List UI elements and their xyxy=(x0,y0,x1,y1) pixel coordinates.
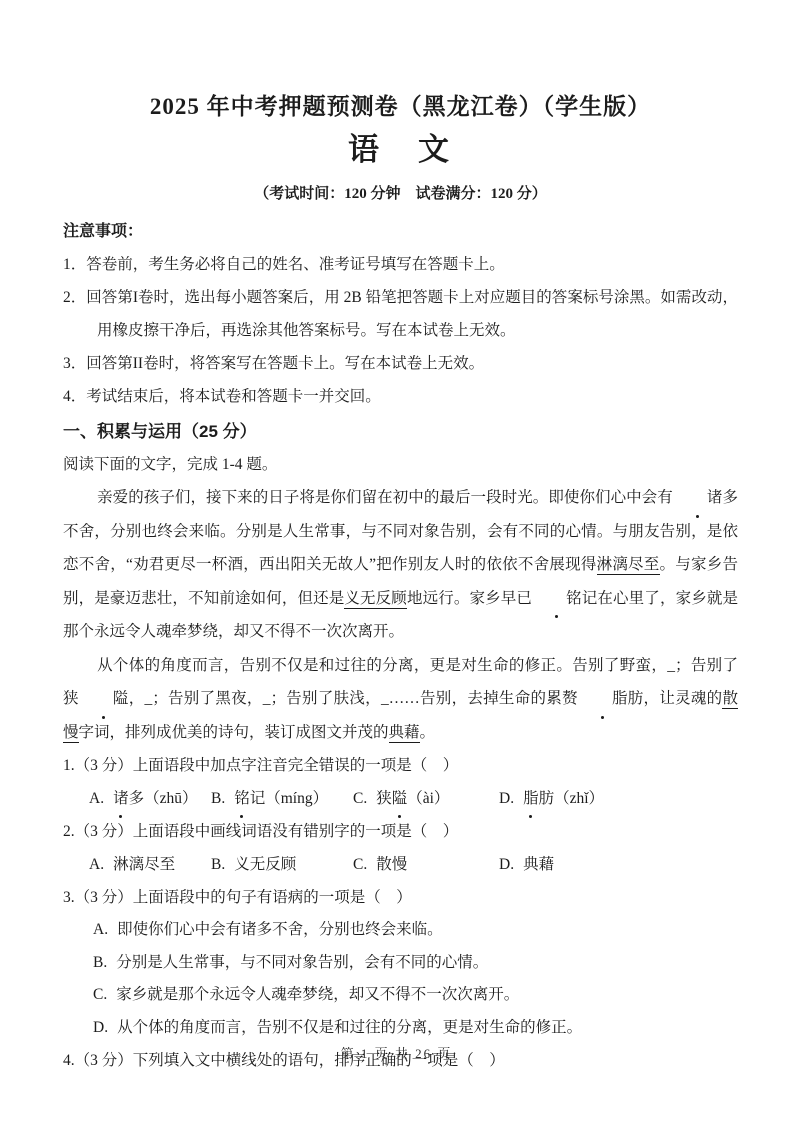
text-segment: 多（zhū） xyxy=(129,790,198,807)
question-1-option-b: B.铭记（míng） xyxy=(211,782,353,815)
emphasized-char: 铭 xyxy=(234,782,250,815)
notice-heading: 注意事项： xyxy=(63,215,738,248)
underlined-word: 淋漓尽至 xyxy=(597,556,660,575)
text-segment: 散慢 xyxy=(376,856,407,873)
question-2-option-b: B.义无反顾 xyxy=(211,848,353,881)
text-segment: 狭 xyxy=(376,790,392,807)
question-1-options: A.诸多（zhū） B.铭记（míng） C.狭隘（ài） D.脂肪（zhǐ） xyxy=(89,782,738,815)
option-text: 狭隘（ài） xyxy=(376,790,449,807)
underlined-word: 典藉 xyxy=(389,724,420,743)
text-segment: 。 xyxy=(420,724,436,741)
text-segment: 肪（zhǐ） xyxy=(539,790,604,807)
text-segment: 分别是人生常事，与不同对象告别，会有不同的心情。 xyxy=(116,954,488,971)
notice-item-3: 3．回答第II卷时，将答案写在答题卡上。写在本试卷上无效。 xyxy=(63,347,738,380)
text-segment: （ài） xyxy=(407,790,449,807)
option-text: 铭记（míng） xyxy=(234,790,328,807)
text-segment: 从个体的角度而言，告别不仅是和过往的分离，更是对生命的修正。 xyxy=(117,1019,582,1036)
exam-info: （考试时间：120 分钟 试卷满分：120 分） xyxy=(63,183,738,205)
emphasized-char: 诸 xyxy=(673,481,723,515)
option-label: C. xyxy=(353,790,367,807)
option-text: 义无反顾 xyxy=(234,856,296,873)
question-1-option-d: D.脂肪（zhǐ） xyxy=(499,782,738,815)
question-3-stem: 3.（3 分）上面语段中的句子有语病的一项是（ ） xyxy=(63,881,738,914)
question-1-option-c: C.狭隘（ài） xyxy=(353,782,499,815)
option-label: A. xyxy=(93,921,108,938)
option-label: C. xyxy=(93,986,107,1003)
notice-item-4: 4．考试结束后，将本试卷和答题卡一并交回。 xyxy=(63,380,738,413)
option-label: B. xyxy=(211,790,225,807)
option-text: 诸多（zhū） xyxy=(113,790,197,807)
option-label: D. xyxy=(499,790,514,807)
text-segment: 义无反顾 xyxy=(234,856,296,873)
page-footer: 第 1 页 共 26 页 xyxy=(0,1043,793,1062)
notice-item-2: 2．回答第I卷时，选出每小题答案后，用 2B 铅笔把答题卡上对应题目的答案标号涂… xyxy=(63,281,738,347)
option-label: B. xyxy=(93,954,107,971)
emphasized-char: 隘 xyxy=(79,682,129,716)
option-text: 家乡就是那个永远令人魂牵梦绕，却又不得不一次次离开。 xyxy=(116,986,519,1003)
passage-paragraph-1: 亲爱的孩子们，接下来的日子将是你们留在初中的最后一段时光。即使你们心中会有诸多不… xyxy=(63,481,738,649)
option-text: 从个体的角度而言，告别不仅是和过往的分离，更是对生命的修正。 xyxy=(117,1019,582,1036)
question-2-options: A.淋漓尽至 B.义无反顾 C.散慢 D.典藉 xyxy=(89,848,738,881)
question-3: 3.（3 分）上面语段中的句子有语病的一项是（ ） A.即使你们心中会有诸多不舍… xyxy=(63,881,738,1044)
emphasized-char: 脂 xyxy=(523,782,539,815)
question-1-stem: 1.（3 分）上面语段中加点字注音完全错误的一项是（ ） xyxy=(63,749,738,782)
text-segment: 地远行。家乡早已 xyxy=(407,590,532,607)
option-text: 散慢 xyxy=(376,856,407,873)
exam-paper-page: 2025 年中考押题预测卷（黑龙江卷）（学生版） 语 文 （考试时间：120 分… xyxy=(0,0,793,1122)
notice-item-1: 1．答卷前，考生务必将自己的姓名、准考证号填写在答题卡上。 xyxy=(63,248,738,281)
question-2: 2.（3 分）上面语段中画线词语没有错别字的一项是（ ） A.淋漓尽至 B.义无… xyxy=(63,815,738,881)
option-label: C. xyxy=(353,856,367,873)
subject-title: 语 文 xyxy=(63,127,738,173)
question-1-option-a: A.诸多（zhū） xyxy=(89,782,211,815)
option-label: D. xyxy=(93,1019,108,1036)
text-segment: 典藉 xyxy=(523,856,554,873)
option-label: A. xyxy=(89,856,104,873)
underlined-word: 义无反顾 xyxy=(344,590,407,609)
question-2-option-c: C.散慢 xyxy=(353,848,499,881)
text-segment: 肪，让灵魂的 xyxy=(627,690,722,707)
option-text: 即使你们心中会有诸多不舍，分别也终会来临。 xyxy=(117,921,443,938)
emphasized-char: 铭 xyxy=(532,582,582,616)
text-segment: 亲爱的孩子们，接下来的日子将是你们留在初中的最后一段时光。即使你们心中会有 xyxy=(97,489,673,506)
question-3-option-b: B.分别是人生常事，与不同对象告别，会有不同的心情。 xyxy=(93,947,738,980)
page-number-label: 第 1 页 共 26 页 xyxy=(341,1046,453,1061)
option-text: 典藉 xyxy=(523,856,554,873)
option-text: 脂肪（zhǐ） xyxy=(523,790,604,807)
question-3-option-a: A.即使你们心中会有诸多不舍，分别也终会来临。 xyxy=(93,914,738,947)
option-text: 分别是人生常事，与不同对象告别，会有不同的心情。 xyxy=(116,954,488,971)
passage-intro: 阅读下面的文字，完成 1-4 题。 xyxy=(63,448,738,481)
question-3-option-c: C.家乡就是那个永远令人魂牵梦绕，却又不得不一次次离开。 xyxy=(93,979,738,1012)
passage-paragraph-2: 从个体的角度而言，告别不仅是和过往的分离，更是对生命的修正。告别了野蛮，_；告别… xyxy=(63,649,738,750)
section-heading: 一、积累与运用（25 分） xyxy=(63,415,738,448)
text-segment: 淋漓尽至 xyxy=(113,856,175,873)
option-label: D. xyxy=(499,856,514,873)
question-2-stem: 2.（3 分）上面语段中画线词语没有错别字的一项是（ ） xyxy=(63,815,738,848)
text-segment: 记（míng） xyxy=(250,790,328,807)
question-2-option-d: D.典藉 xyxy=(499,848,738,881)
option-text: 淋漓尽至 xyxy=(113,856,175,873)
emphasized-char: 隘 xyxy=(392,782,408,815)
question-3-option-d: D.从个体的角度而言，告别不仅是和过往的分离，更是对生命的修正。 xyxy=(93,1012,738,1045)
paper-title: 2025 年中考押题预测卷（黑龙江卷）（学生版） xyxy=(63,92,738,122)
option-label: B. xyxy=(211,856,225,873)
text-segment: 家乡就是那个永远令人魂牵梦绕，却又不得不一次次离开。 xyxy=(116,986,519,1003)
text-segment: ，_；告别了黑夜，_；告别了肤浅，_……告别，去掉生命的累赘 xyxy=(128,690,577,707)
question-2-option-a: A.淋漓尽至 xyxy=(89,848,211,881)
text-segment: 字词，排列成优美的诗句，装订成图文并茂的 xyxy=(79,724,389,741)
emphasized-char: 脂 xyxy=(578,682,628,716)
text-segment: 即使你们心中会有诸多不舍，分别也终会来临。 xyxy=(117,921,443,938)
option-label: A. xyxy=(89,790,104,807)
question-1: 1.（3 分）上面语段中加点字注音完全错误的一项是（ ） A.诸多（zhū） B… xyxy=(63,749,738,815)
emphasized-char: 诸 xyxy=(113,782,129,815)
